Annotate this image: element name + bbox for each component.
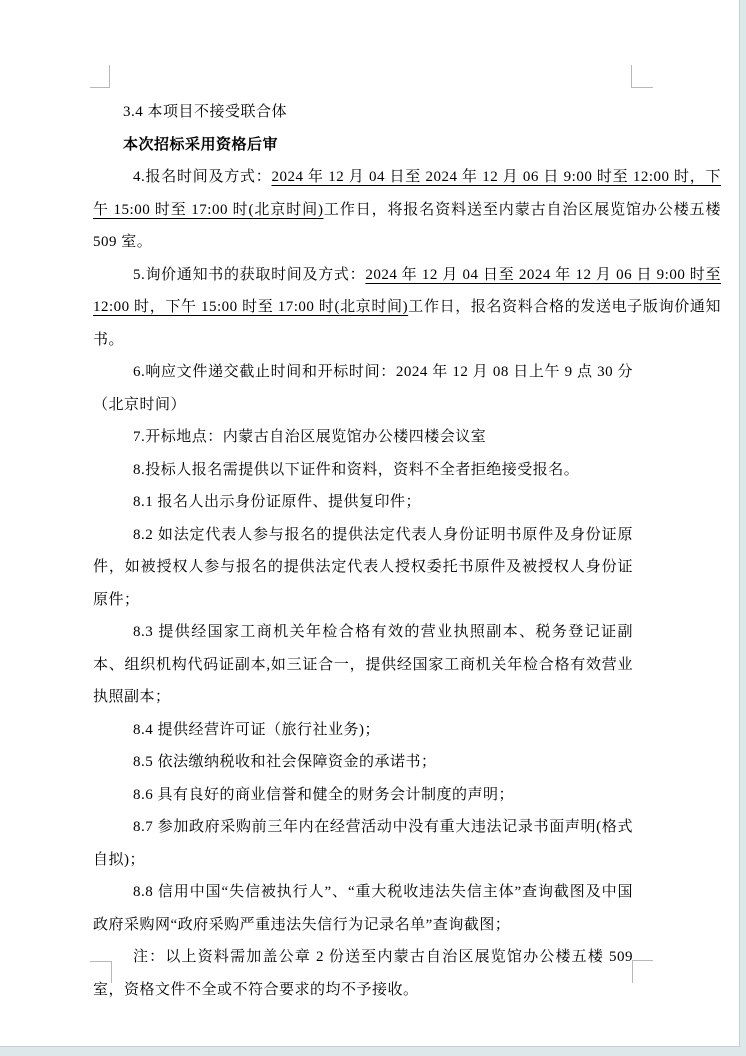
clause-8-required-documents: 8.投标人报名需提供以下证件和资料，资料不全者拒绝接受报名。: [93, 454, 633, 487]
text-segment: 8.2 如法定代表人参与报名的提供法定代表人身份证明书原件及身份证原件，如被授权…: [93, 527, 633, 608]
text-segment: 6.响应文件递交截止时间和开标时间：2024 年 12 月 08 日上午 9 点…: [93, 364, 633, 413]
text-segment: 8.7 参加政府采购前三年内在经营活动中没有重大违法记录书面声明(格式自拟)；: [93, 819, 633, 868]
text-segment: 7.开标地点：内蒙古自治区展览馆办公楼四楼会议室: [133, 429, 486, 445]
clause-6-submission-deadline-opening-time: 6.响应文件递交截止时间和开标时间：2024 年 12 月 08 日上午 9 点…: [93, 356, 633, 421]
clause-3-4-no-consortium: 3.4 本项目不接受联合体: [93, 96, 633, 129]
clause-8-2-legal-representative: 8.2 如法定代表人参与报名的提供法定代表人身份证明书原件及身份证原件，如被授权…: [93, 519, 633, 617]
clause-7-opening-location: 7.开标地点：内蒙古自治区展览馆办公楼四楼会议室: [93, 421, 633, 454]
clause-8-7-no-violation-statement: 8.7 参加政府采购前三年内在经营活动中没有重大违法记录书面声明(格式自拟)；: [93, 811, 633, 876]
text-segment: 3.4 本项目不接受联合体: [123, 104, 287, 120]
clause-8-6-credit-statement: 8.6 具有良好的商业信誉和健全的财务会计制度的声明；: [93, 779, 633, 812]
text-segment: 本次招标采用资格后审: [123, 137, 278, 153]
document-page[interactable]: 3.4 本项目不接受联合体本次招标采用资格后审4.报名时间及方式：2024 年 …: [0, 0, 740, 1047]
clause-8-1-id-card: 8.1 报名人出示身份证原件、提供复印件；: [93, 486, 633, 519]
text-segment: 4.报名时间及方式：: [133, 169, 271, 185]
text-segment: 5.询价通知书的获取时间及方式：: [133, 267, 365, 283]
text-segment: 8.6 具有良好的商业信誉和健全的财务会计制度的声明；: [133, 787, 514, 803]
clause-8-4-operating-permit: 8.4 提供经营许可证（旅行社业务)；: [93, 714, 633, 747]
crop-mark-top-right: [631, 65, 653, 88]
clause-4-signup-time-method: 4.报名时间及方式：2024 年 12 月 04 日至 2024 年 12 月 …: [93, 161, 721, 259]
crop-mark-bottom-right: [632, 960, 653, 983]
text-segment: 8.1 报名人出示身份证原件、提供复印件；: [133, 494, 421, 510]
text-segment: 8.5 依法缴纳税收和社会保障资金的承诺书；: [133, 754, 437, 770]
text-segment: 8.3 提供经国家工商机关年检合格有效的营业执照副本、税务登记证副本、组织机构代…: [93, 624, 633, 705]
text-segment: 8.投标人报名需提供以下证件和资料，资料不全者拒绝接受报名。: [133, 462, 579, 478]
document-content: 3.4 本项目不接受联合体本次招标采用资格后审4.报名时间及方式：2024 年 …: [93, 96, 633, 1006]
clause-8-3-business-license: 8.3 提供经国家工商机关年检合格有效的营业执照副本、税务登记证副本、组织机构代…: [93, 616, 633, 714]
text-segment: 8.8 信用中国“失信被执行人”、“重大税收违法失信主体”查询截图及中国政府采购…: [93, 884, 633, 933]
crop-mark-top-left: [90, 65, 110, 88]
note-submission-requirements: 注：以上资料需加盖公章 2 份送至内蒙古自治区展览馆办公楼五楼 509 室，资格…: [93, 941, 633, 1006]
text-segment: 8.4 提供经营许可证（旅行社业务)；: [133, 722, 380, 738]
clause-8-5-tax-commitment: 8.5 依法缴纳税收和社会保障资金的承诺书；: [93, 746, 633, 779]
clause-8-8-credit-china-screenshots: 8.8 信用中国“失信被执行人”、“重大税收违法失信主体”查询截图及中国政府采购…: [93, 876, 633, 941]
text-segment: 注：以上资料需加盖公章 2 份送至内蒙古自治区展览馆办公楼五楼 509 室，资格…: [93, 949, 633, 998]
heading-qualification-post-review: 本次招标采用资格后审: [93, 129, 633, 162]
clause-5-inquiry-notice-time-method: 5.询价通知书的获取时间及方式：2024 年 12 月 04 日至 2024 年…: [93, 259, 721, 357]
